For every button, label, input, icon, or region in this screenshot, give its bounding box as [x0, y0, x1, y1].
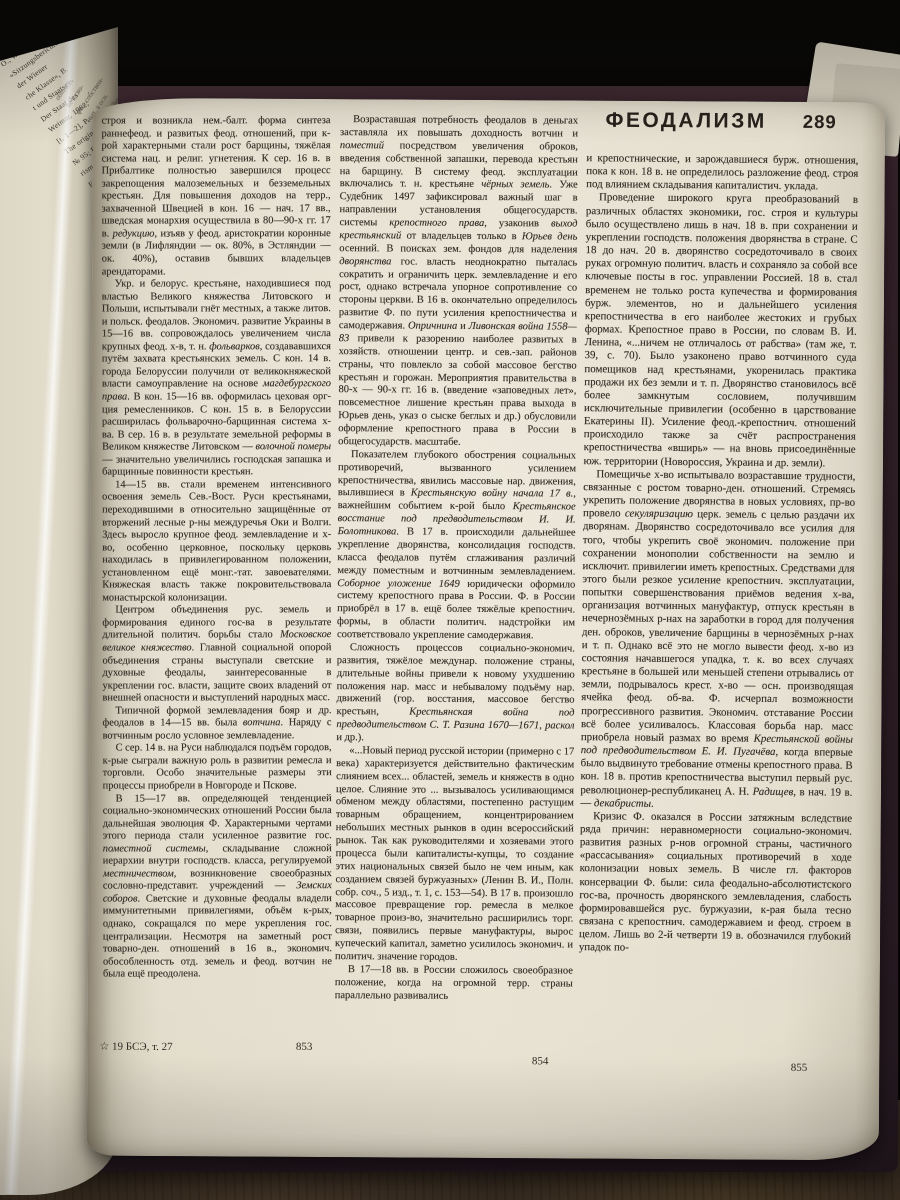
paragraph: строя и возникла нем.-балт. форма синтез…: [101, 115, 330, 279]
paragraph: Проведение широкого круга преобразований…: [583, 192, 858, 471]
paragraph: Показателем глубокого обострения социаль…: [337, 449, 576, 644]
paragraph: и крепостнические, и зарождавшиеся бурж.…: [586, 152, 858, 194]
paragraph: Кризис Ф. оказался в России затяжным всл…: [579, 810, 852, 957]
column-number-854: 854: [532, 1055, 549, 1067]
footer-column-2: 854: [334, 1054, 572, 1067]
text-column-3: и крепостнические, и зарождавшиеся бурж.…: [578, 152, 859, 1063]
paragraph: Помещичье х-во испытывало возраставшие т…: [580, 468, 855, 813]
right-page: ФЕОДАЛИЗМ 289 строя и возникла нем.-балт…: [87, 98, 885, 1161]
footer-column-1: ☆ 19 БСЭ, т. 27 853: [99, 1040, 328, 1054]
paragraph: 14—15 вв. стали временем интенсивного ос…: [102, 479, 331, 605]
column-number-855: 855: [791, 1062, 808, 1074]
paragraph: В 15—17 вв. определяющей тенденцией соци…: [103, 793, 332, 982]
paragraph: Укр. и белорус. крестьяне, находившиеся …: [102, 278, 331, 479]
paragraph: Возраставшая потребность феодалов в день…: [338, 114, 578, 450]
page-number: 289: [803, 111, 837, 133]
paragraph: С сер. 14 в. на Руси наблюдался подъём г…: [103, 742, 332, 793]
text-column-1: строя и возникла нем.-балт. форма синтез…: [101, 115, 332, 1043]
book-photo: { "page_header": { "title": "ФЕОДАЛИЗМ",…: [0, 0, 900, 1200]
paragraph: «...Новый период русской истории (пример…: [335, 745, 574, 965]
paragraph: Центром объединения рус. земель и формир…: [102, 604, 331, 705]
paragraph: В 17—18 вв. в России сложилось своеобраз…: [335, 964, 573, 1004]
paragraph: Типичной формой землевладения бояр и др.…: [103, 705, 332, 743]
column-number-853: 853: [296, 1041, 313, 1054]
imprint: ☆ 19 БСЭ, т. 27: [99, 1040, 172, 1053]
running-head: ФЕОДАЛИЗМ 289: [585, 109, 857, 135]
page-title: ФЕОДАЛИЗМ: [605, 109, 767, 134]
paragraph: Сложность процессов социально-экономич. …: [336, 642, 575, 746]
footer-column-3: 855: [579, 1061, 851, 1075]
text-column-2: Возраставшая потребность феодалов в день…: [334, 114, 578, 1055]
